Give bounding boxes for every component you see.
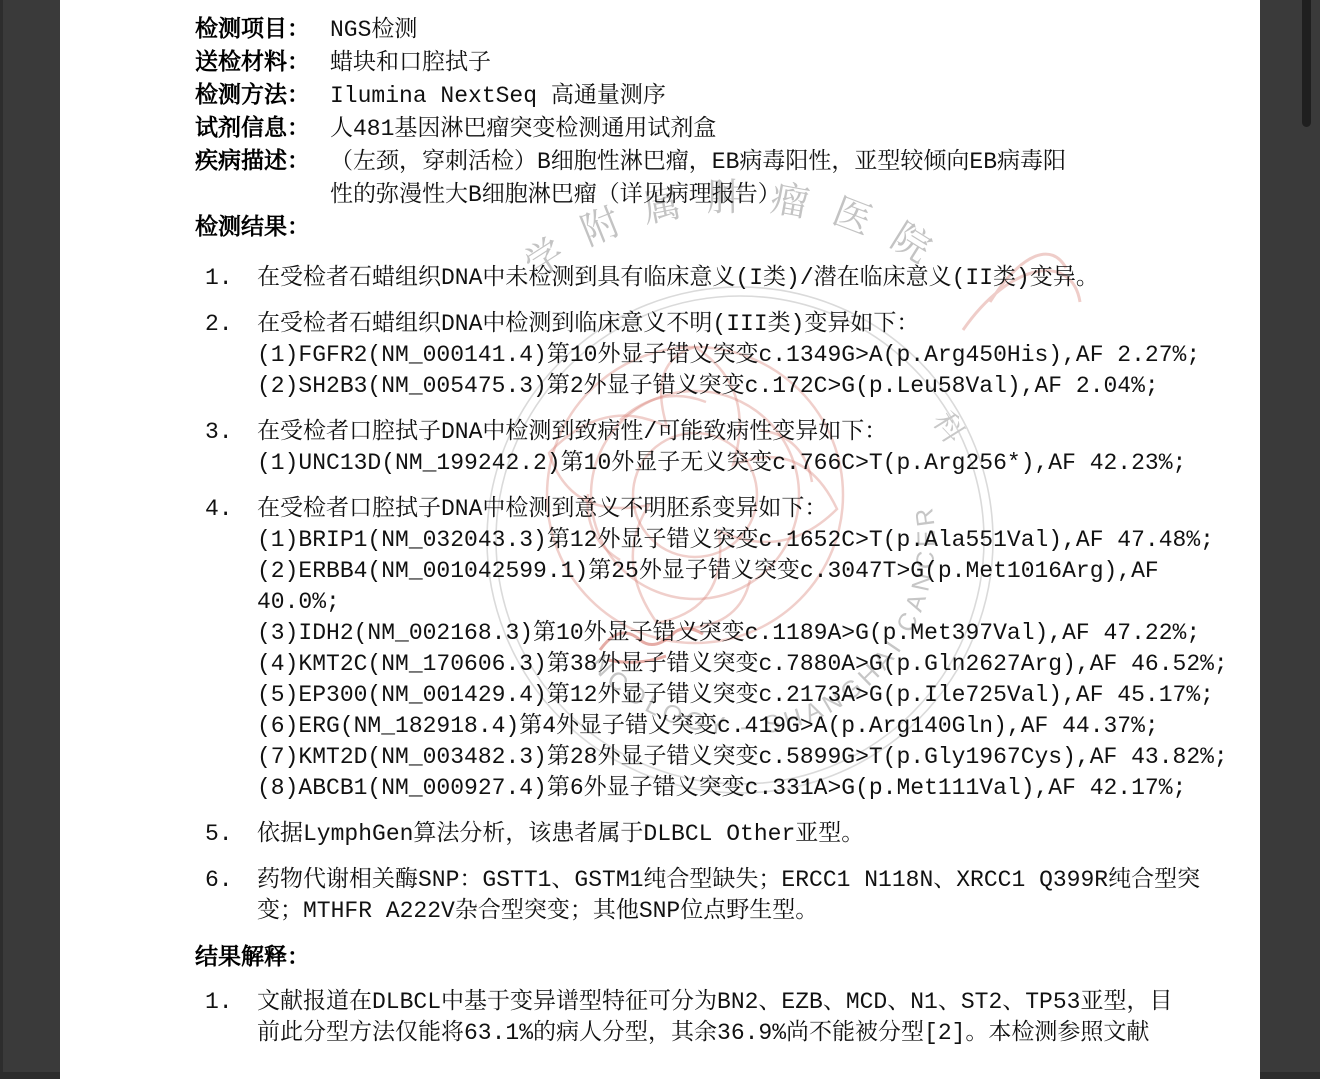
result-item: 3. 在受检者口腔拭子DNA中检测到致病性/可能致病性变异如下： (1)UNC1… [205,417,1260,479]
field-row-test-item: 检测项目： NGS检测 [195,14,1260,47]
result-item-text: 依据LymphGen算法分析，该患者属于DLBCL Other亚型。 [257,819,1252,850]
field-row-method: 检测方法： Ilumina NextSeq 高通量测序 [195,80,1260,113]
result-item-text: 在受检者石蜡组织DNA中未检测到具有临床意义(I类)/潜在临床意义(II类)变异… [257,263,1252,294]
field-label: 试剂信息： [195,113,330,146]
field-row-disease: 疾病描述： （左颈，穿刺活检）B细胞性淋巴瘤，EB病毒阳性，亚型较倾向EB病毒阳… [195,146,1260,212]
result-item: 2. 在受检者石蜡组织DNA中检测到临床意义不明(III类)变异如下： (1)F… [205,309,1260,402]
result-item-number: 5. [205,819,257,850]
report-content: 检测项目： NGS检测 送检材料： 蜡块和口腔拭子 检测方法： Ilumina … [60,0,1260,1049]
field-value: Ilumina NextSeq 高通量测序 [330,80,1250,113]
result-item-number: 3. [205,417,257,479]
field-label: 疾病描述： [195,146,330,212]
results-heading: 检测结果： [195,212,1260,245]
field-label: 检测项目： [195,14,330,47]
result-item-text: 在受检者口腔拭子DNA中检测到意义不明胚系变异如下： (1)BRIP1(NM_0… [257,494,1252,804]
field-value: NGS检测 [330,14,1250,47]
results-list: 1. 在受检者石蜡组织DNA中未检测到具有临床意义(I类)/潜在临床意义(II类… [195,263,1260,927]
result-item-number: 1. [205,263,257,294]
field-value: （左颈，穿刺活检）B细胞性淋巴瘤，EB病毒阳性，亚型较倾向EB病毒阳 性的弥漫性… [330,146,1250,212]
field-row-reagent: 试剂信息： 人481基因淋巴瘤突变检测通用试剂盒 [195,113,1260,146]
interpretation-item-text: 文献报道在DLBCL中基于变异谱型特征可分为BN2、EZB、MCD、N1、ST2… [257,987,1252,1049]
result-item: 5. 依据LymphGen算法分析，该患者属于DLBCL Other亚型。 [205,819,1260,850]
result-item-text: 药物代谢相关酶SNP：GSTT1、GSTM1纯合型缺失；ERCC1 N118N、… [257,865,1252,927]
result-item-text: 在受检者石蜡组织DNA中检测到临床意义不明(III类)变异如下： (1)FGFR… [257,309,1252,402]
viewer-left-edge [0,0,3,1079]
interpretation-item-number: 1. [205,987,257,1049]
field-label: 送检材料： [195,47,330,80]
result-item-number: 2. [205,309,257,402]
result-item-number: 6. [205,865,257,927]
field-label: 检测方法： [195,80,330,113]
result-item: 4. 在受检者口腔拭子DNA中检测到意义不明胚系变异如下： (1)BRIP1(N… [205,494,1260,804]
result-item-text: 在受检者口腔拭子DNA中检测到致病性/可能致病性变异如下： (1)UNC13D(… [257,417,1252,479]
report-page: 学附属肿瘤医院 NCOLOGY - SHANGHAI CANCER 科 检测项目… [60,0,1260,1079]
interpretation-list: 1. 文献报道在DLBCL中基于变异谱型特征可分为BN2、EZB、MCD、N1、… [195,987,1260,1049]
field-value: 蜡块和口腔拭子 [330,47,1250,80]
interpretation-item: 1. 文献报道在DLBCL中基于变异谱型特征可分为BN2、EZB、MCD、N1、… [205,987,1260,1049]
interpretation-heading: 结果解释： [195,942,1260,975]
result-item: 1. 在受检者石蜡组织DNA中未检测到具有临床意义(I类)/潜在临床意义(II类… [205,263,1260,294]
field-row-specimen: 送检材料： 蜡块和口腔拭子 [195,47,1260,80]
scrollbar-thumb[interactable] [1302,0,1311,127]
result-item-number: 4. [205,494,257,804]
pdf-viewer: 学附属肿瘤医院 NCOLOGY - SHANGHAI CANCER 科 检测项目… [0,0,1320,1079]
field-value: 人481基因淋巴瘤突变检测通用试剂盒 [330,113,1250,146]
result-item: 6. 药物代谢相关酶SNP：GSTT1、GSTM1纯合型缺失；ERCC1 N11… [205,865,1260,927]
